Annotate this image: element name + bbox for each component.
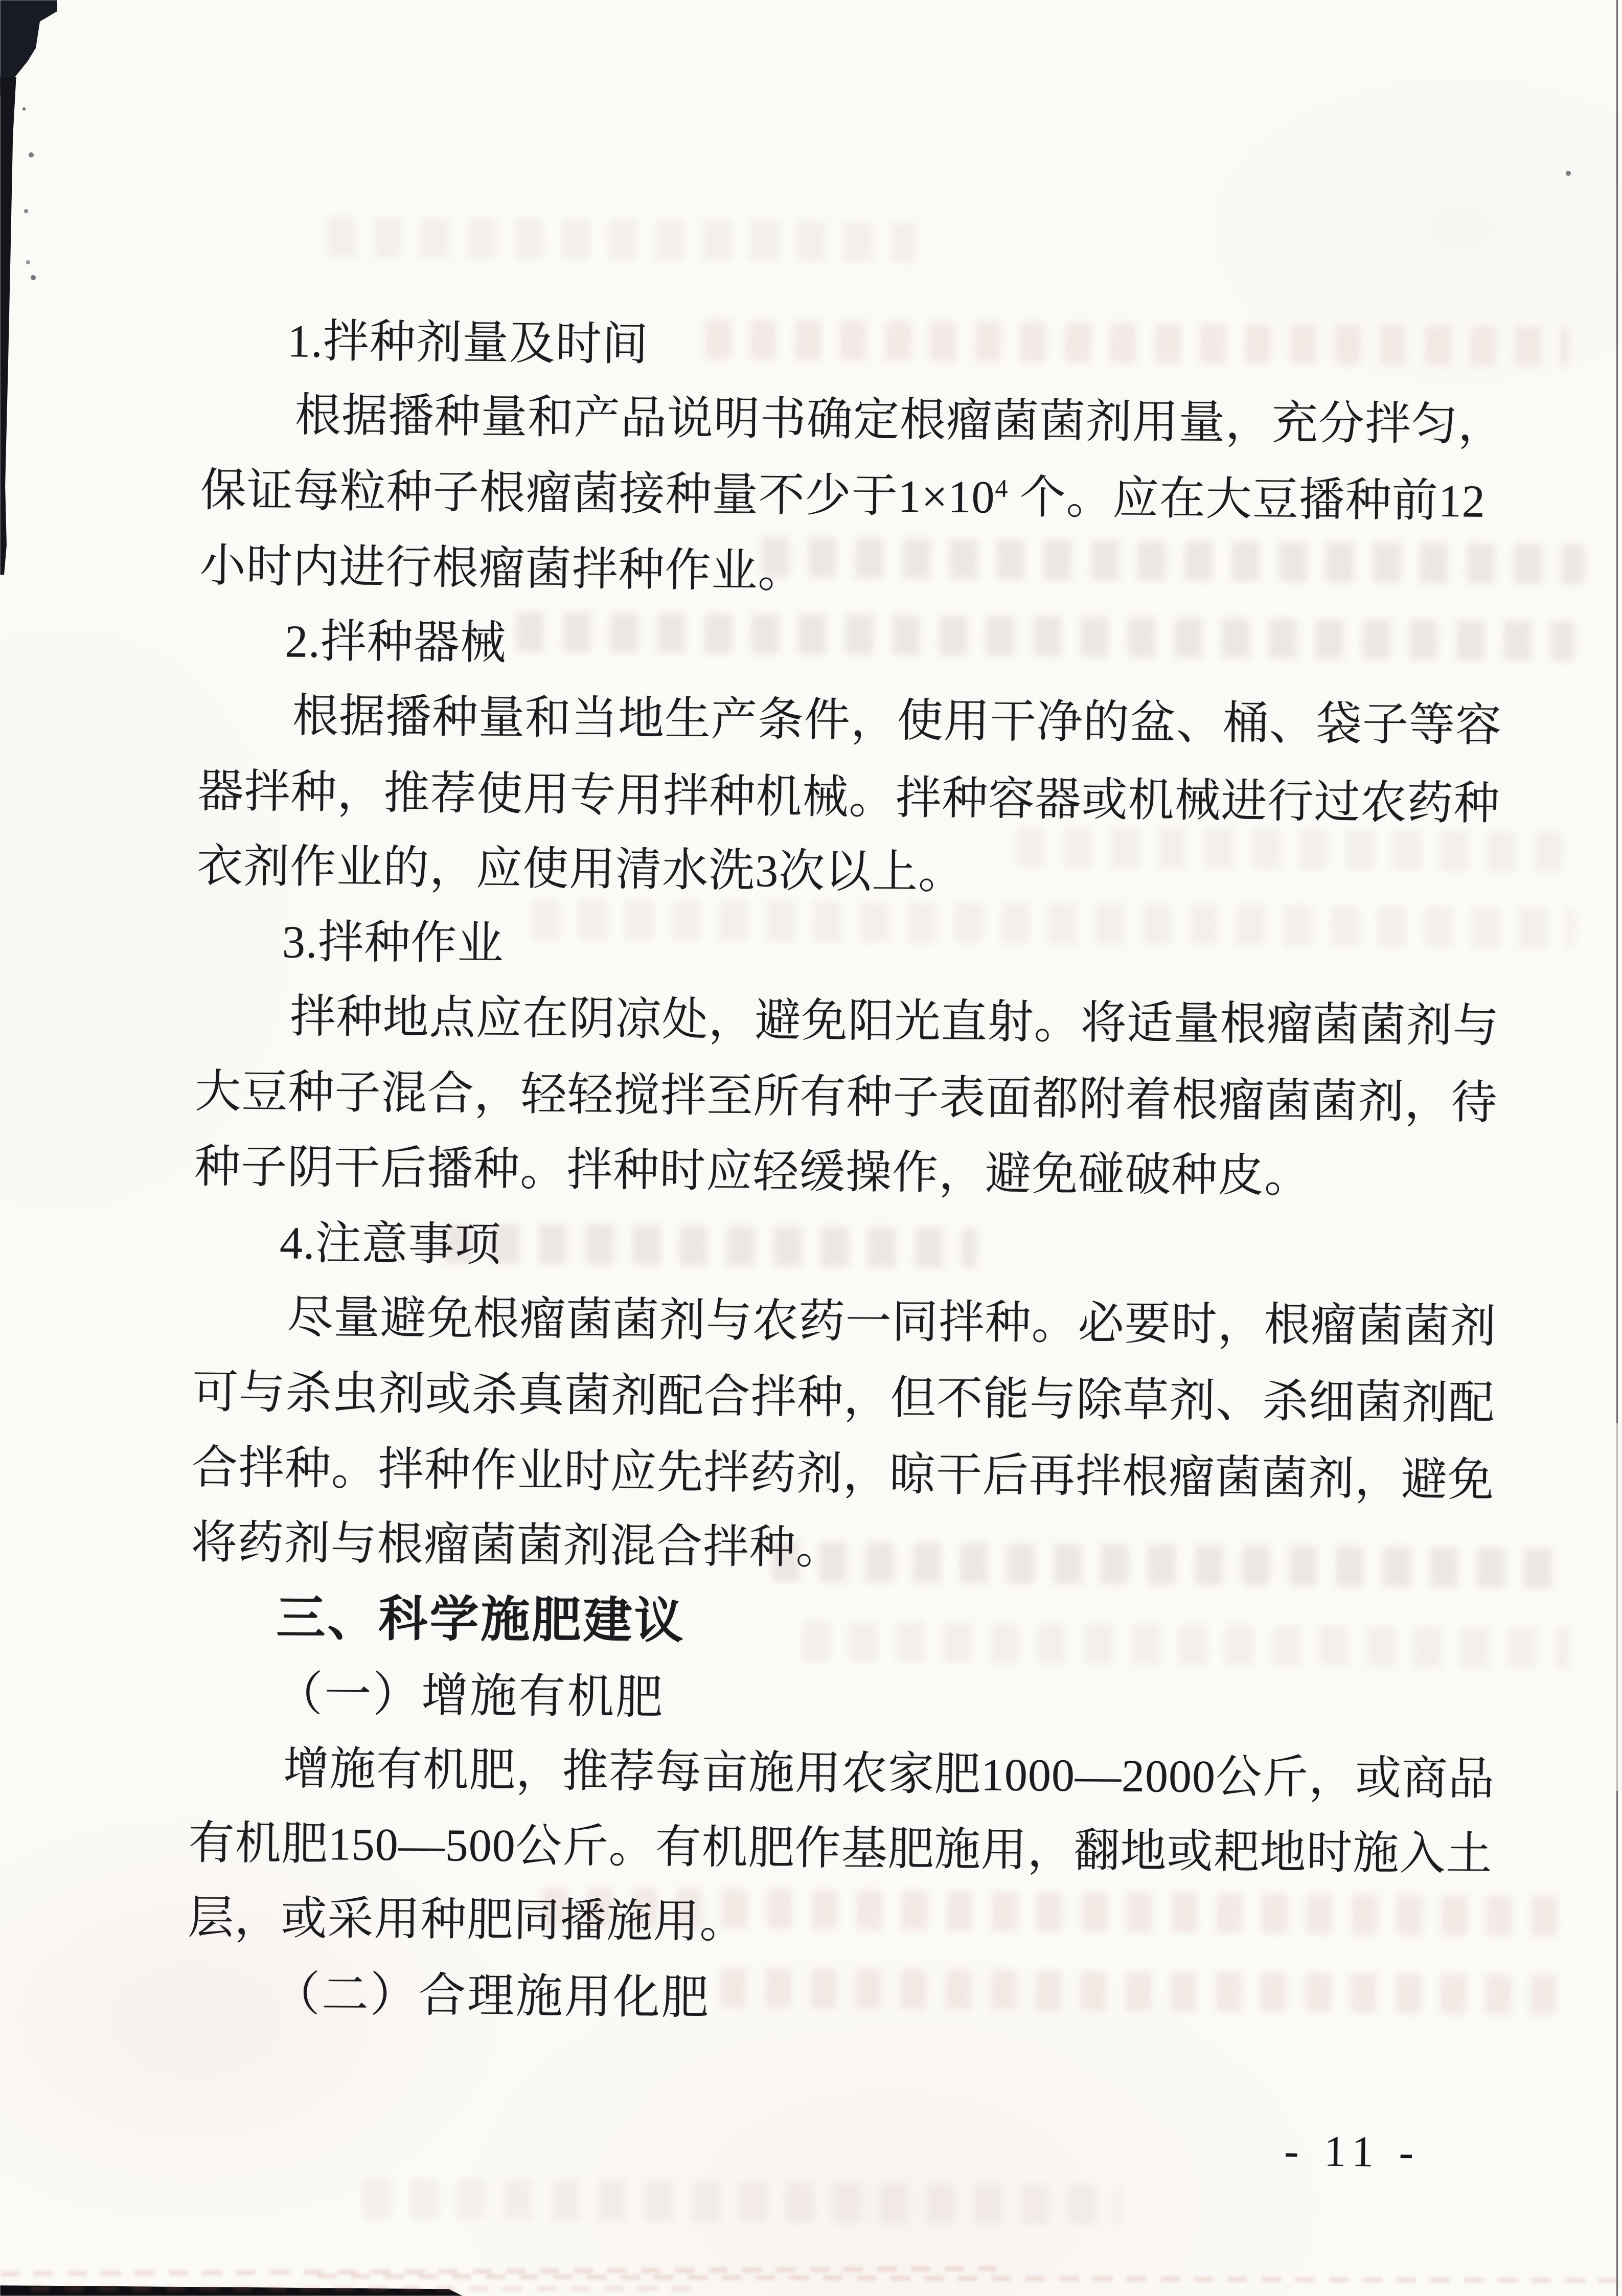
text-line: 有机肥150—500公斤。有机肥作基肥施用，翻地或耙地时施入土 [188,1806,1518,1893]
line-text: 层，或采用种肥同播施用。 [188,1893,746,1948]
line-text: 尽量避免根瘤菌菌剂与农药一同拌种。必要时，根瘤菌菌剂 [287,1292,1497,1353]
line-text: 根据播种量和当地生产条件，使用干净的盆、桶、袋子等容 [292,691,1502,752]
scan-left-edge-strip [0,77,18,575]
line-text: 将药剂与根瘤菌菌剂混合拌种。 [191,1517,842,1574]
line-text: 增施有机肥，推荐每亩施用农家肥1000—2000公斤，或商品 [283,1743,1495,1805]
line-text: 保证每粒种子根瘤菌接种量不少于1×10 [200,465,995,523]
text-line: 根据播种量和当地生产条件，使用干净的盆、桶、袋子等容 [198,678,1527,763]
scan-pink-streak [0,2266,997,2276]
text-line: 层，或采用种肥同播施用。 [188,1880,1517,1966]
line-text: 大豆种子混合，轻轻搅拌至所有种子表面都附着根瘤菌菌剂，待 [195,1066,1498,1128]
line-text: （二）合理施用化肥 [273,1968,711,2024]
line-text: 4.注意事项 [279,1218,501,1270]
text-line: 大豆种子混合，轻轻搅拌至所有种子表面都附着根瘤菌菌剂，待 [195,1054,1524,1141]
text-line: 将药剂与根瘤菌菌剂混合拌种。 [191,1505,1520,1592]
text-line: 4.注意事项 [193,1205,1523,1293]
line-text: 2.拌种器械 [285,616,507,669]
bleed-through-text [327,217,916,262]
line-text: （一）增施有机肥 [276,1668,665,1723]
text-line: 三、科学施肥建议 [190,1580,1520,1665]
scan-speckles [22,107,26,110]
text-line: （一）增施有机肥 [190,1656,1519,1744]
bleed-through-text [363,2179,1120,2225]
text-line: 合拌种。拌种作业时应先拌药剂，晾干后再拌根瘤菌菌剂，避免 [191,1430,1521,1518]
text-line: 2.拌种器械 [199,603,1528,690]
text-line: 器拌种，推荐使用专用拌种机械。拌种容器或机械进行过农药种 [197,754,1527,842]
line-text: 器拌种，推荐使用专用拌种机械。拌种容器或机械进行过农药种 [197,766,1500,830]
scanned-document-page: 1.拌种剂量及时间根据播种量和产品说明书确定根瘤菌菌剂用量，充分拌匀，保证每粒种… [0,0,1622,2296]
scan-bottom-edge-mark [0,2285,463,2296]
text-line: 1.拌种剂量及时间 [201,303,1531,391]
text-line: 可与杀虫剂或杀真菌剂配合拌种，但不能与除草剂、杀细菌剂配 [192,1355,1522,1442]
text-line: 根据播种量和产品说明书确定根瘤菌菌剂用量，充分拌匀， [201,377,1530,463]
page-number: - 11 - [1284,2125,1421,2178]
line-text: 有机肥150—500公斤。有机肥作基肥施用，翻地或耙地时施入土 [188,1818,1493,1880]
superscript: 4 [995,474,1008,503]
text-line: 增施有机肥，推荐每亩施用农家肥1000—2000公斤，或商品 [189,1731,1518,1817]
line-text: 3.拌种作业 [282,917,504,969]
line-text: 1.拌种剂量及时间 [287,316,649,370]
text-line: 3.拌种作业 [196,904,1525,991]
line-text: 衣剂作业的，应使用清水洗3次以上。 [197,841,965,898]
line-text-tail: 个。应在大豆播种前12 [1008,472,1486,527]
line-text: 种子阴干后播种。拌种时应轻缓操作，避免碰破种皮。 [194,1142,1311,1202]
text-line: 尽量避免根瘤菌菌剂与农药一同拌种。必要时，根瘤菌菌剂 [193,1279,1522,1365]
line-text: 三、科学施肥建议 [276,1589,686,1649]
text-line: 衣剂作业的，应使用清水洗3次以上。 [197,829,1526,916]
text-line: 保证每粒种子根瘤菌接种量不少于1×104 个。应在大豆播种前12 [200,453,1529,540]
text-line: 种子阴干后播种。拌种时应轻缓操作，避免碰破种皮。 [194,1129,1524,1216]
line-text: 合拌种。拌种作业时应先拌药剂，晾干后再拌根瘤菌菌剂，避免 [192,1443,1495,1506]
text-line: 小时内进行根瘤菌拌种作业。 [199,529,1529,617]
line-text: 小时内进行根瘤菌拌种作业。 [199,541,805,598]
document-text-block: 1.拌种剂量及时间根据播种量和产品说明书确定根瘤菌菌剂用量，充分拌匀，保证每粒种… [187,303,1530,2043]
line-text: 拌种地点应在阴凉处，避免阳光直射。将适量根瘤菌菌剂与 [289,992,1499,1052]
text-line: （二）合理施用化肥 [187,1956,1516,2043]
line-text: 可与杀虫剂或杀真菌剂配合拌种，但不能与除草剂、杀细菌剂配 [192,1367,1495,1429]
line-text: 根据播种量和产品说明书确定根瘤菌菌剂用量，充分拌匀， [295,391,1505,451]
text-line: 拌种地点应在阴凉处，避免阳光直射。将适量根瘤菌菌剂与 [195,979,1525,1064]
scan-pink-streak [317,2274,1620,2283]
page-right-edge-line [1616,0,1618,2296]
